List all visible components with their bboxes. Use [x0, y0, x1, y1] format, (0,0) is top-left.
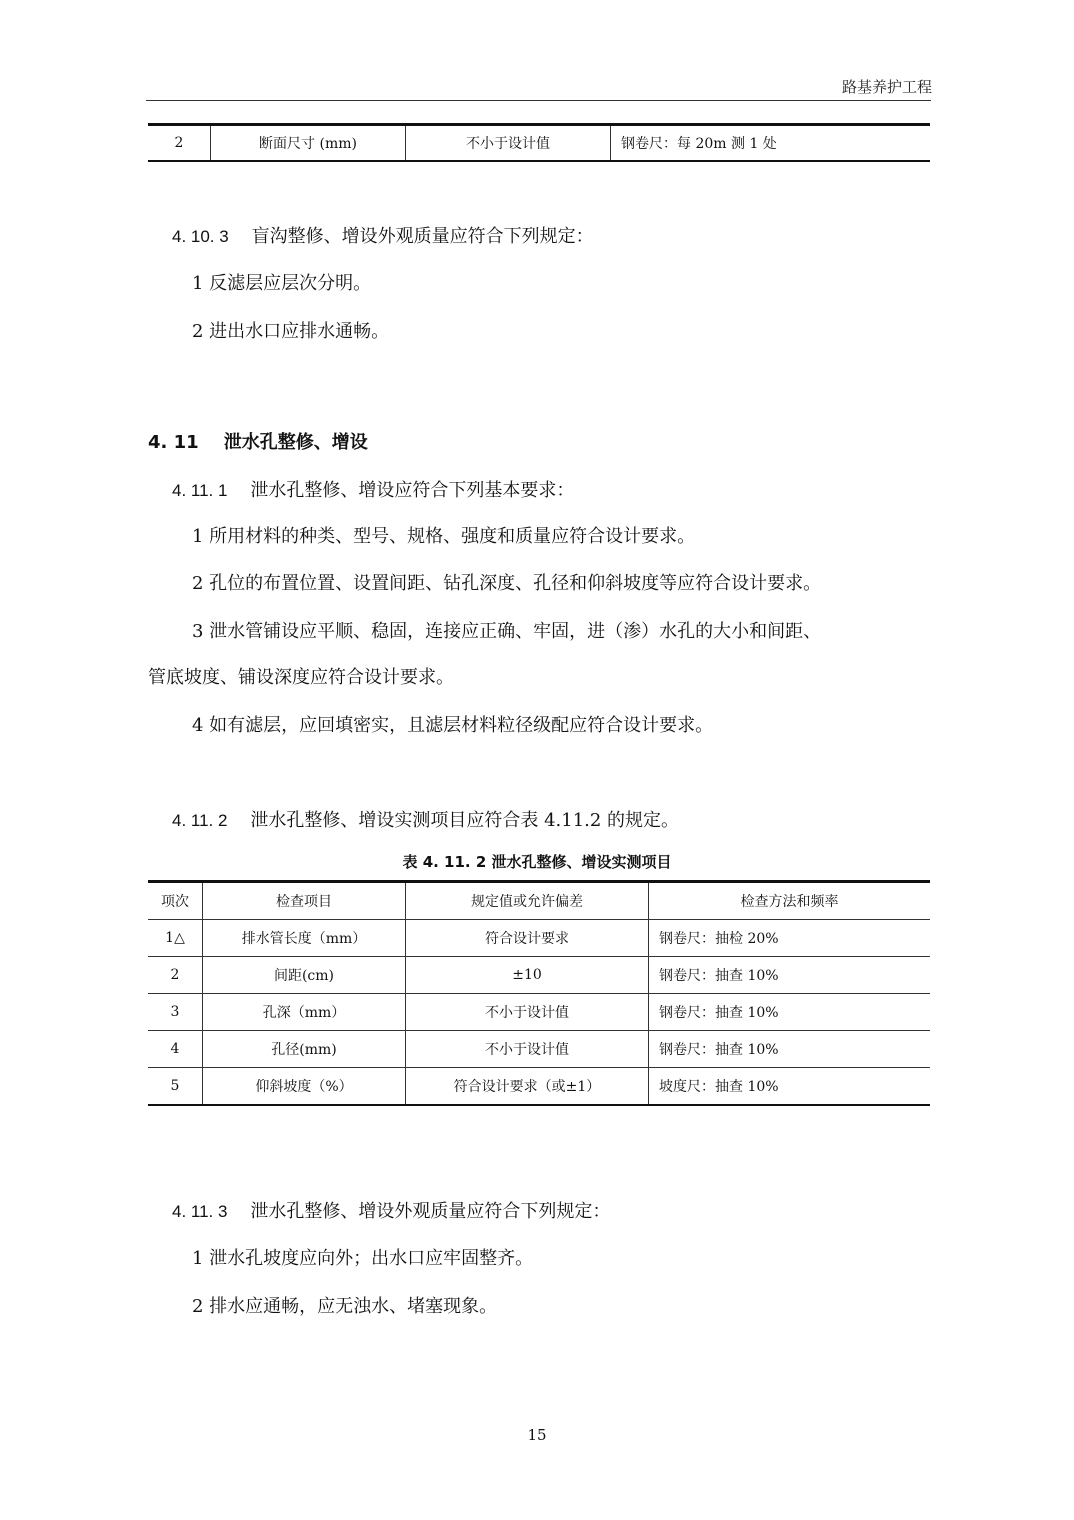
- list-item-continuation: 管底坡度、铺设深度应符合设计要求。: [148, 663, 454, 689]
- table-cell: 间距(cm): [203, 957, 406, 994]
- table-cell: 2: [148, 125, 211, 162]
- table-cell: 不小于设计值: [406, 994, 649, 1031]
- table-cell: 3: [148, 994, 203, 1031]
- table-cell: 仰斜坡度（%）: [203, 1068, 406, 1106]
- table-row: 5 仰斜坡度（%） 符合设计要求（或±1） 坡度尺：抽查 10%: [148, 1068, 930, 1106]
- clause-number: 4. 11. 2: [172, 811, 227, 830]
- clause-4-11-1: 4. 11. 1 泄水孔整修、增设应符合下列基本要求：: [172, 476, 574, 502]
- inspection-table: 项次 检查项目 规定值或允许偏差 检查方法和频率 1△ 排水管长度（mm） 符合…: [148, 880, 930, 1106]
- column-header: 检查项目: [203, 882, 406, 920]
- table-row: 2 断面尺寸 (mm) 不小于设计值 钢卷尺：每 20m 测 1 处: [148, 125, 930, 162]
- table-cell: 钢卷尺：抽查 10%: [649, 1031, 931, 1068]
- clause-4-10-3: 4. 10. 3 盲沟整修、增设外观质量应符合下列规定：: [172, 222, 594, 248]
- list-item: 2 孔位的布置位置、设置间距、钻孔深度、孔径和仰斜坡度等应符合设计要求。: [192, 569, 821, 595]
- clause-text: 泄水孔整修、增设应符合下列基本要求：: [250, 480, 574, 501]
- column-header: 项次: [148, 882, 203, 920]
- table-cell: 2: [148, 957, 203, 994]
- table-cell: 符合设计要求（或±1）: [406, 1068, 649, 1106]
- clause-4-11-3: 4. 11. 3 泄水孔整修、增设外观质量应符合下列规定：: [172, 1197, 610, 1223]
- table-cell: 钢卷尺：每 20m 测 1 处: [611, 125, 931, 162]
- table-row: 2 间距(cm) ±10 钢卷尺：抽查 10%: [148, 957, 930, 994]
- table-cell: 钢卷尺：抽查 10%: [649, 957, 931, 994]
- header-rule: [146, 100, 931, 101]
- table-cell: 孔径(mm): [203, 1031, 406, 1068]
- clause-text: 盲沟整修、增设外观质量应符合下列规定：: [252, 226, 594, 247]
- table-cell: 断面尺寸 (mm): [211, 125, 406, 162]
- table-cell: 1△: [148, 920, 203, 957]
- column-header: 检查方法和频率: [649, 882, 931, 920]
- page-number: 15: [0, 1426, 1074, 1444]
- table-caption: 表 4. 11. 2 泄水孔整修、增设实测项目: [0, 851, 1074, 872]
- table-row: 3 孔深（mm） 不小于设计值 钢卷尺：抽查 10%: [148, 994, 930, 1031]
- table-cell: 钢卷尺：抽检 20%: [649, 920, 931, 957]
- table-cell: 孔深（mm）: [203, 994, 406, 1031]
- section-heading-4-11: 4. 11 泄水孔整修、增设: [148, 428, 368, 454]
- table-header-row: 项次 检查项目 规定值或允许偏差 检查方法和频率: [148, 882, 930, 920]
- table-cell: 钢卷尺：抽查 10%: [649, 994, 931, 1031]
- clause-number: 4. 11. 1: [172, 481, 227, 500]
- list-item: 2 进出水口应排水通畅。: [192, 317, 389, 343]
- running-header-title: 路基养护工程: [842, 76, 932, 97]
- table-cell: 不小于设计值: [406, 125, 611, 162]
- clause-text: 泄水孔整修、增设外观质量应符合下列规定：: [250, 1201, 610, 1222]
- list-item: 2 排水应通畅，应无浊水、堵塞现象。: [192, 1292, 497, 1318]
- table-cell: 不小于设计值: [406, 1031, 649, 1068]
- table-cell: 5: [148, 1068, 203, 1106]
- table-cell: ±10: [406, 957, 649, 994]
- table-cell: 4: [148, 1031, 203, 1068]
- list-item: 3 泄水管铺设应平顺、稳固，连接应正确、牢固，进（渗）水孔的大小和间距、: [192, 617, 821, 643]
- table-row: 1△ 排水管长度（mm） 符合设计要求 钢卷尺：抽检 20%: [148, 920, 930, 957]
- table-cell: 排水管长度（mm）: [203, 920, 406, 957]
- section-title: 泄水孔整修、增设: [224, 432, 368, 453]
- column-header: 规定值或允许偏差: [406, 882, 649, 920]
- clause-4-11-2: 4. 11. 2 泄水孔整修、增设实测项目应符合表 4.11.2 的规定。: [172, 806, 679, 832]
- section-number: 4. 11: [148, 432, 199, 453]
- list-item: 1 泄水孔坡度应向外；出水口应牢固整齐。: [192, 1244, 533, 1270]
- list-item: 1 所用材料的种类、型号、规格、强度和质量应符合设计要求。: [192, 522, 695, 548]
- table-cell: 坡度尺：抽查 10%: [649, 1068, 931, 1106]
- clause-number: 4. 11. 3: [172, 1202, 227, 1221]
- clause-text: 泄水孔整修、增设实测项目应符合表 4.11.2 的规定。: [250, 810, 679, 831]
- list-item: 4 如有滤层，应回填密实，且滤层材料粒径级配应符合设计要求。: [192, 711, 713, 737]
- table-row: 4 孔径(mm) 不小于设计值 钢卷尺：抽查 10%: [148, 1031, 930, 1068]
- table-cell: 符合设计要求: [406, 920, 649, 957]
- continued-table: 2 断面尺寸 (mm) 不小于设计值 钢卷尺：每 20m 测 1 处: [148, 123, 930, 162]
- clause-number: 4. 10. 3: [172, 227, 229, 246]
- list-item: 1 反滤层应层次分明。: [192, 269, 371, 295]
